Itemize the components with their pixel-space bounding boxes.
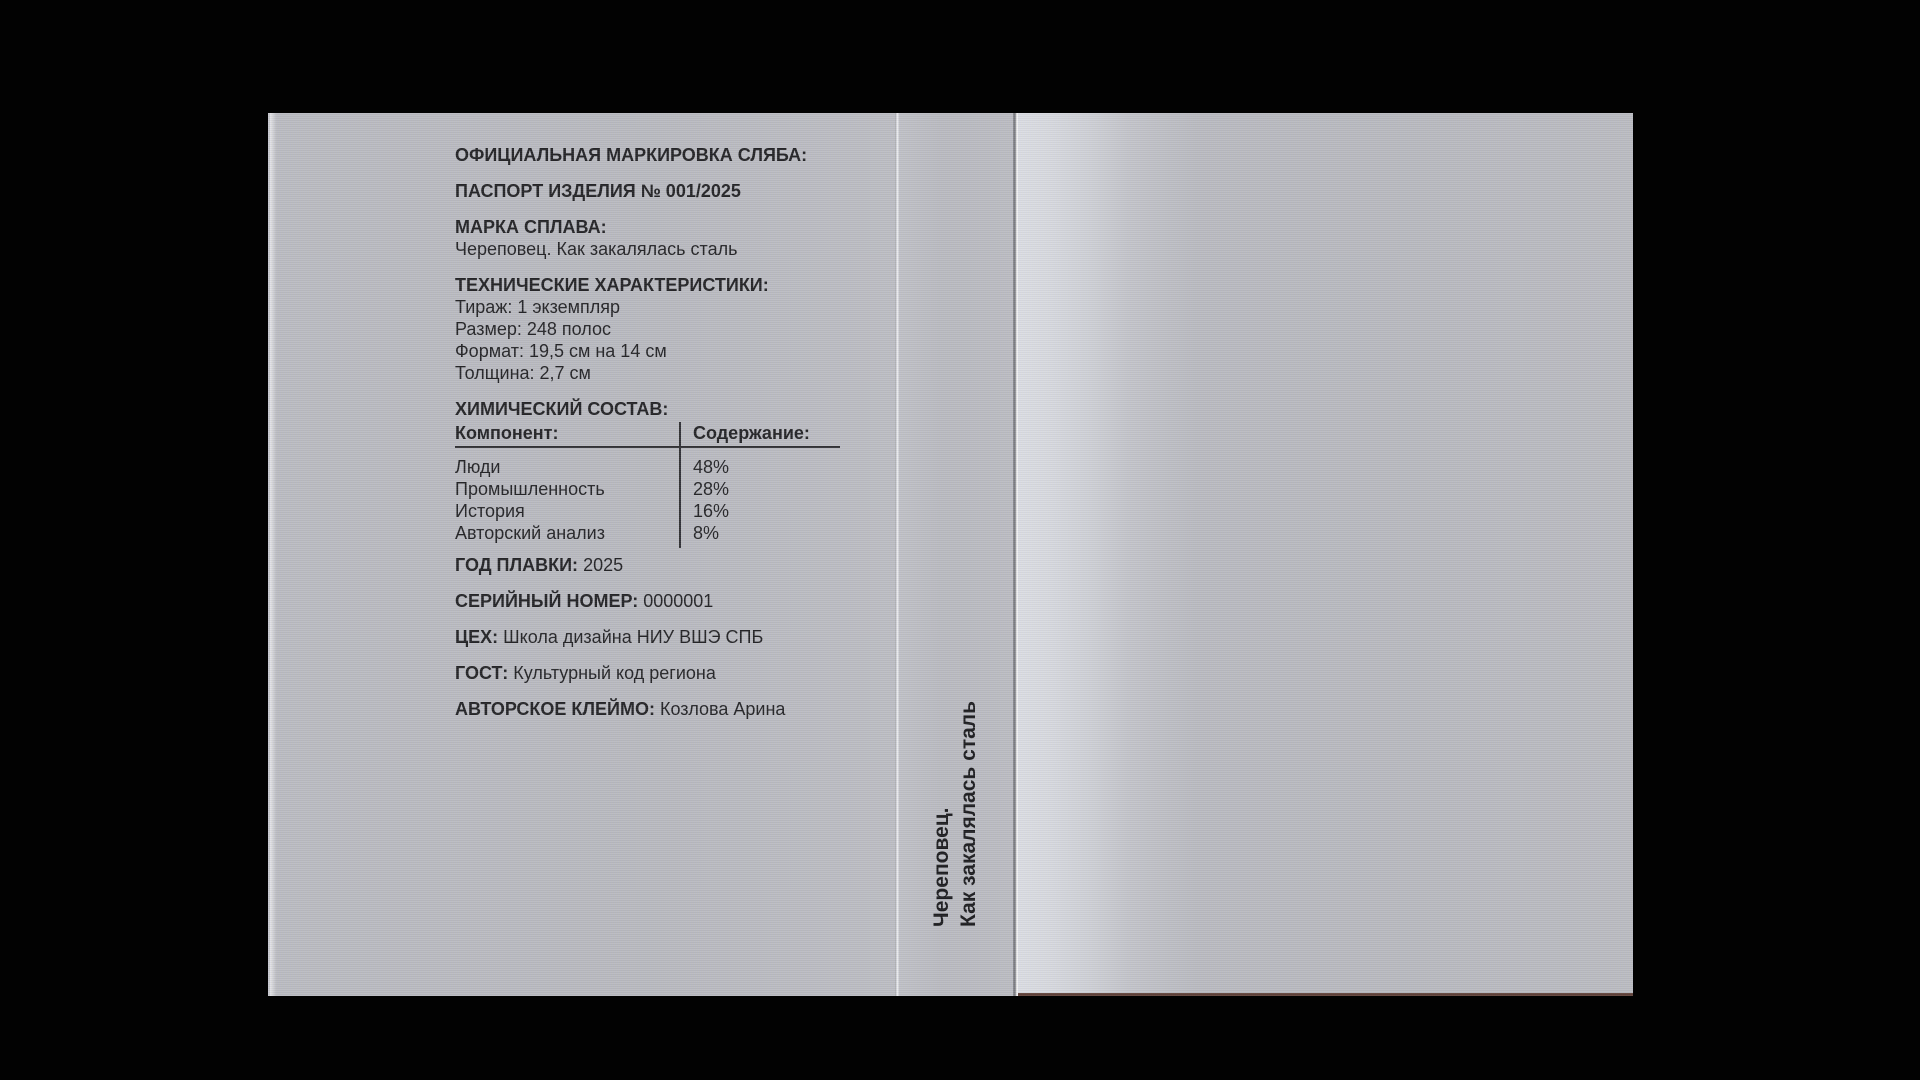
spine-title-line1: Череповец. bbox=[928, 701, 955, 927]
slab-marking-label: ОФИЦИАЛЬНАЯ МАРКИРОВКА СЛЯБА: ПАСПОРТ ИЗ… bbox=[455, 144, 855, 734]
table-header: Компонент: Содержание: bbox=[455, 422, 840, 448]
front-cover bbox=[1018, 113, 1633, 996]
composition-label: ХИМИЧЕСКИЙ СОСТАВ: bbox=[455, 398, 855, 422]
table-cell-component: Люди bbox=[455, 456, 693, 478]
field-label: СЕРИЙНЫЙ НОМЕР: bbox=[455, 591, 638, 611]
field-workshop: ЦЕХ: Школа дизайна НИУ ВШЭ СПБ bbox=[455, 626, 855, 648]
field-value: 0000001 bbox=[643, 591, 713, 611]
composition-table: Компонент: Содержание: Люди 48% Промышле… bbox=[455, 422, 840, 544]
table-cell-content: 48% bbox=[693, 456, 729, 478]
spine-title-line2: Как закалялась сталь bbox=[955, 701, 982, 927]
field-standard: ГОСТ: Культурный код региона bbox=[455, 662, 855, 684]
table-row: История 16% bbox=[455, 500, 840, 522]
spine-fold-left bbox=[895, 113, 899, 996]
field-value: Козлова Арина bbox=[660, 699, 785, 719]
table-header-component: Компонент: bbox=[455, 422, 693, 446]
table-cell-component: История bbox=[455, 500, 693, 522]
field-value: 2025 bbox=[583, 555, 623, 575]
field-melt-year: ГОД ПЛАВКИ: 2025 bbox=[455, 554, 855, 576]
table-cell-content: 28% bbox=[693, 478, 729, 500]
field-label: ГОСТ: bbox=[455, 663, 508, 683]
alloy-label: МАРКА СПЛАВА: bbox=[455, 216, 855, 238]
spine-title-text: Череповец. Как закалялась сталь bbox=[928, 701, 982, 927]
table-cell-content: 16% bbox=[693, 500, 729, 522]
spec-item: Тираж: 1 экземпляр bbox=[455, 296, 855, 318]
table-cell-content: 8% bbox=[693, 522, 719, 544]
field-label: АВТОРСКОЕ КЛЕЙМО: bbox=[455, 699, 655, 719]
table-column-divider bbox=[679, 422, 681, 548]
field-value: Школа дизайна НИУ ВШЭ СПБ bbox=[503, 627, 763, 647]
table-row: Промышленность 28% bbox=[455, 478, 840, 500]
table-header-content: Содержание: bbox=[693, 422, 810, 446]
book-cover-scan: ОФИЦИАЛЬНАЯ МАРКИРОВКА СЛЯБА: ПАСПОРТ ИЗ… bbox=[268, 113, 1633, 996]
table-row: Люди 48% bbox=[455, 456, 840, 478]
field-label: ЦЕХ: bbox=[455, 627, 498, 647]
field-label: ГОД ПЛАВКИ: bbox=[455, 555, 578, 575]
field-author-stamp: АВТОРСКОЕ КЛЕЙМО: Козлова Арина bbox=[455, 698, 855, 720]
table-cell-component: Промышленность bbox=[455, 478, 693, 500]
spec-item: Толщина: 2,7 см bbox=[455, 362, 855, 384]
page-edge-strip bbox=[1018, 993, 1633, 996]
paper-edge-highlight bbox=[270, 113, 276, 996]
table-row: Авторский анализ 8% bbox=[455, 522, 840, 544]
field-value: Культурный код региона bbox=[513, 663, 716, 683]
label-heading: ОФИЦИАЛЬНАЯ МАРКИРОВКА СЛЯБА: bbox=[455, 144, 855, 166]
back-cover: ОФИЦИАЛЬНАЯ МАРКИРОВКА СЛЯБА: ПАСПОРТ ИЗ… bbox=[268, 113, 895, 996]
specs-label: ТЕХНИЧЕСКИЕ ХАРАКТЕРИСТИКИ: bbox=[455, 274, 855, 296]
alloy-value: Череповец. Как закалялась сталь bbox=[455, 238, 855, 260]
spec-item: Размер: 248 полос bbox=[455, 318, 855, 340]
spec-item: Формат: 19,5 см на 14 см bbox=[455, 340, 855, 362]
table-cell-component: Авторский анализ bbox=[455, 522, 693, 544]
field-serial-number: СЕРИЙНЫЙ НОМЕР: 0000001 bbox=[455, 590, 855, 612]
passport-number: ПАСПОРТ ИЗДЕЛИЯ № 001/2025 bbox=[455, 180, 855, 202]
